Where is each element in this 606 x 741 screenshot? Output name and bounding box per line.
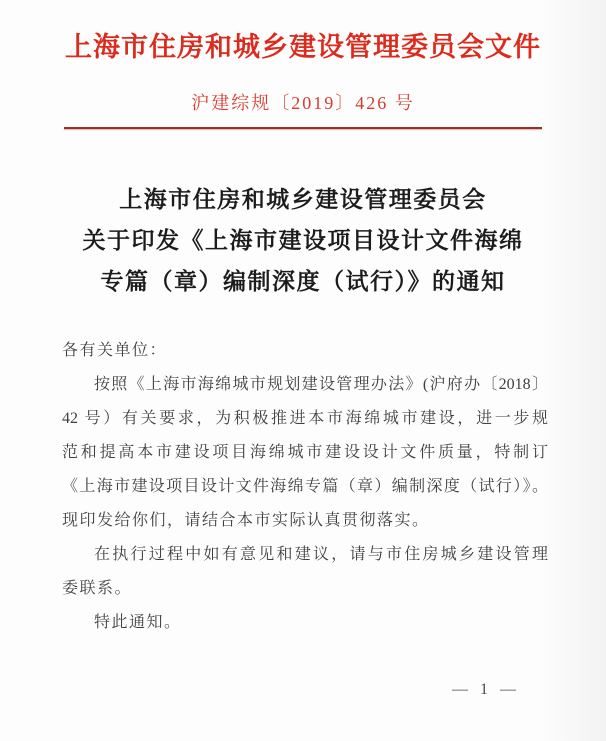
document-number: 沪建综规〔2019〕426 号 [0,92,606,114]
paragraph-1-line-5: 现印发给你们，请结合本市实际认真贯彻落实。 [62,504,548,538]
notice-title: 上海市住房和城乡建设管理委员会 关于印发《上海市建设项目设计文件海绵 专篇（章）… [0,179,606,302]
paragraph-1-line-4: 《上海市建设项目设计文件海绵专篇（章）编制深度（试行）》。 [62,470,548,504]
paragraph-3-line-1: 特此通知。 [62,606,548,640]
salutation: 各有关单位： [62,334,548,368]
paragraph-2-line-1: 在执行过程中如有意见和建议，请与市住房城乡建设管理 [62,538,548,572]
paragraph-1-line-3: 范和提高本市建设项目海绵城市建设设计文件质量，特制订 [62,436,548,470]
paragraph-2: 在执行过程中如有意见和建议，请与市住房城乡建设管理 委联系。 [62,538,548,606]
notice-title-line-2: 关于印发《上海市建设项目设计文件海绵 [0,220,606,261]
letterhead-divider-rule [64,127,542,129]
document-page: 上海市住房和城乡建设管理委员会文件 沪建综规〔2019〕426 号 上海市住房和… [0,0,606,741]
notice-title-line-3: 专篇（章）编制深度（试行）》的通知 [0,261,606,302]
page-number: — 1 — [452,681,520,699]
paragraph-1-line-2: 42 号）有关要求，为积极推进本市海绵城市建设，进一步规 [62,402,548,436]
notice-body: 各有关单位： 按照《上海市海绵城市规划建设管理办法》(沪府办〔2018〕 42 … [62,334,548,640]
paragraph-1: 按照《上海市海绵城市规划建设管理办法》(沪府办〔2018〕 42 号）有关要求，… [62,368,548,538]
paragraph-2-line-2: 委联系。 [62,572,548,606]
paragraph-1-line-1: 按照《上海市海绵城市规划建设管理办法》(沪府办〔2018〕 [62,368,548,402]
paragraph-3: 特此通知。 [62,606,548,640]
letterhead-org-title: 上海市住房和城乡建设管理委员会文件 [0,28,606,66]
notice-title-line-1: 上海市住房和城乡建设管理委员会 [0,179,606,220]
